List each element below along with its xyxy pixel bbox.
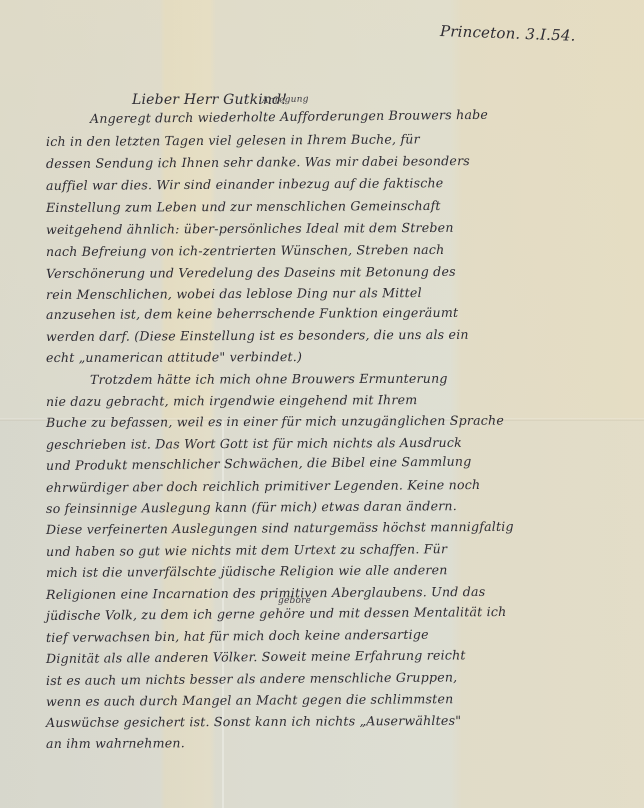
letter-line: tief verwachsen bin, hat für mich doch k… <box>46 627 429 645</box>
letter-line: echt „unamerican attitude" verbindet.) <box>46 349 302 365</box>
letter-line: werden darf. (Diese Einstellung ist es b… <box>46 327 469 344</box>
letter-line: rein Menschlichen, wobei das leblose Din… <box>46 285 422 302</box>
letter-line: weitgehend ähnlich: über-persönliches Id… <box>46 220 454 237</box>
letter-line: auffiel war dies. Wir sind einander inbe… <box>46 175 444 193</box>
letter-line: jüdische Volk, zu dem ich gerne gehöre u… <box>46 604 507 623</box>
letter-line: Religionen eine Incarnation des primitiv… <box>46 584 485 602</box>
letter-line: anzusehen ist, dem keine beherrschende F… <box>46 305 458 322</box>
letter-line: nie dazu gebracht, mich irgendwie eingeh… <box>46 392 417 409</box>
letter-line: an ihm wahrnehmen. <box>46 735 185 751</box>
letter-line: Buche zu befassen, weil es in einer für … <box>46 413 504 430</box>
letter-line: Einstellung zum Leben und zur menschlich… <box>46 198 441 215</box>
letter-line: wenn es auch durch Mangel an Macht gegen… <box>46 691 453 709</box>
letter-line: Angeregt durch wiederholte Aufforderunge… <box>90 107 488 126</box>
insertion-anregung: Anregung <box>262 94 309 106</box>
letter-line: Auswüchse gesichert ist. Sonst kann ich … <box>46 713 461 730</box>
letter-line: und haben so gut wie nichts mit dem Urte… <box>46 541 447 559</box>
letter-line: Dignität als alle anderen Völker. Soweit… <box>46 647 466 666</box>
letter-line: dessen Sendung ich Ihnen sehr danke. Was… <box>46 153 470 171</box>
letter-line: ist es auch um nichts besser als andere … <box>46 669 457 688</box>
letter-line: und Produkt menschlicher Schwächen, die … <box>46 454 472 473</box>
letter-line: Diese verfeinerten Auslegungen sind natu… <box>46 519 514 537</box>
letter-line: Trotzdem hätte ich mich ohne Brouwers Er… <box>90 371 448 387</box>
letter-line: geschrieben ist. Das Wort Gott ist für m… <box>46 435 462 452</box>
letter-line: ehrwürdiger aber doch reichlich primitiv… <box>46 477 480 495</box>
insertion-gebore: gebore <box>278 596 311 606</box>
letter-line: so feinsinnige Auslegung kann (für mich)… <box>46 498 457 516</box>
letter-page: Princeton. 3.I.54. Lieber Herr Gutkind! … <box>0 0 644 808</box>
letter-line: ich in den letzten Tagen viel gelesen in… <box>46 131 420 149</box>
letter-line: mich ist die unverfälschte jüdische Reli… <box>46 562 448 580</box>
letter-line: Verschönerung und Veredelung des Daseins… <box>46 264 456 281</box>
date-line: Princeton. 3.I.54. <box>440 22 576 45</box>
letter-line: nach Befreiung von ich-zentrierten Wünsc… <box>46 242 445 259</box>
